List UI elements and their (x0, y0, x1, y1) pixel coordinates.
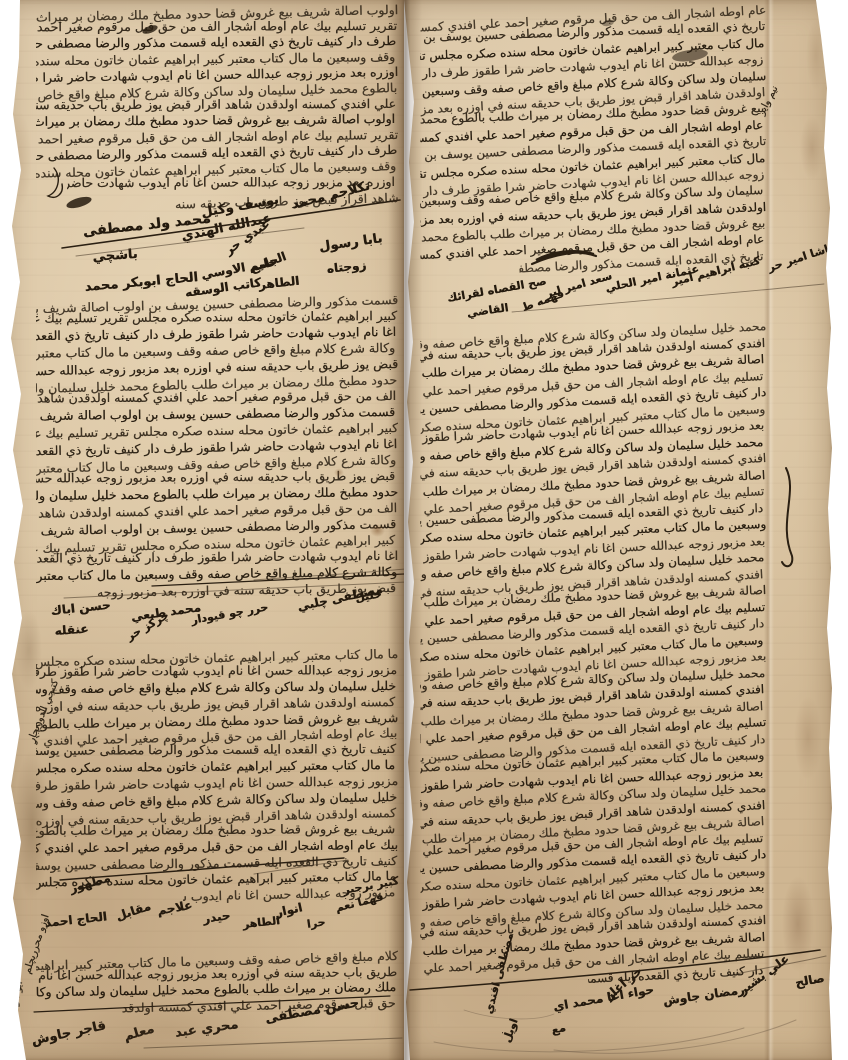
witness-signature: زوجتاه (326, 258, 367, 276)
left-page: اولوب اصالة شريف بيع غروش قضا حدود مطبخ … (4, 0, 404, 1060)
witness-signature: محمد صالح (794, 965, 848, 990)
right-paragraph-2: محمد خليل سليمان ولد ساكن وكالة شرع كلام… (420, 318, 766, 976)
witness-signature: الحاج احمد (44, 909, 107, 929)
script-line: كنيف تاريخ ذي القعده ايله قسمت مذكور وال… (36, 741, 398, 759)
right-page-content: عام اوطه اشجار الف من حق قبل مرقوم صغير … (404, 0, 832, 1060)
right-paragraph-1: عام اوطه اشجار الف من حق قبل مرقوم صغير … (420, 2, 766, 264)
witness-signature: حرر چو قيودار (190, 600, 269, 626)
paper-stain (4, 110, 32, 210)
flourish-stroke (554, 1020, 796, 1053)
paper-stain (794, 696, 822, 780)
left-paragraph-3: ما مال كتاب معتبر كبير ابراهيم عثمان خات… (36, 646, 398, 902)
witness-signature: حواء اغا محمد اي (552, 982, 655, 1013)
witness-signature: الطاهر (242, 914, 280, 931)
witness-signature: محري عبد (174, 1017, 239, 1041)
flourish-stroke (434, 1028, 744, 1052)
witness-signature: حرا (306, 915, 326, 930)
script-line: مزبور زوجه عبدالله حسن اغا نام ايدوب شها… (36, 662, 398, 680)
witness-signature: قاجر جاوش (30, 1018, 107, 1048)
witness-signature: فهمه ط (520, 287, 566, 314)
witness-signature: علي باشا امير حر (766, 233, 848, 275)
script-line: تقرير تسليم بيك عام اوطه اشجار الف من حق… (36, 18, 398, 35)
witness-signature: معلم (122, 1021, 156, 1044)
script-line: شريف بيع غروش قضا حدود مطبخ ملك رمضان بر… (36, 821, 398, 839)
margin-annotation: ابو مرجلج (6, 980, 25, 1022)
witness-signature: حسن اباك (50, 598, 111, 618)
right-page: عام اوطه اشجار الف من حق قبل مرقوم صغير … (404, 0, 832, 1060)
witness-signature: رمضان جاوش (662, 983, 745, 1008)
flourish-stroke (782, 468, 792, 566)
witness-signature: مقابل (114, 899, 152, 923)
left-paragraph-1: اولوب اصالة شريف بيع غروش قضا حدود مطبخ … (36, 2, 398, 190)
paper-stain (800, 116, 824, 180)
witness-signature: بابا رسول (318, 231, 383, 255)
witness-signature: باشچي (92, 247, 138, 265)
script-line: علي افندي كمسنه اولدقدن شاهد اقرار قبض ي… (36, 96, 398, 113)
left-page-content: اولوب اصالة شريف بيع غروش قضا حدود مطبخ … (4, 0, 404, 1060)
witness-signature: انوار (274, 900, 303, 919)
left-paragraph-2: قسمت مذكور والرضا مصطفى حسين يوسف بن اول… (36, 292, 398, 596)
witness-signature: حيدر (202, 908, 231, 926)
paper-stain (806, 20, 826, 90)
witness-signature: الطاهر (258, 274, 300, 292)
manuscript-photo: Photograph of an open Ottoman-era manusc… (0, 0, 848, 1060)
witness-signature: عنقله (54, 622, 89, 638)
witness-signature: اويڶ (500, 1017, 521, 1045)
witness-signature: مع (550, 1021, 567, 1037)
